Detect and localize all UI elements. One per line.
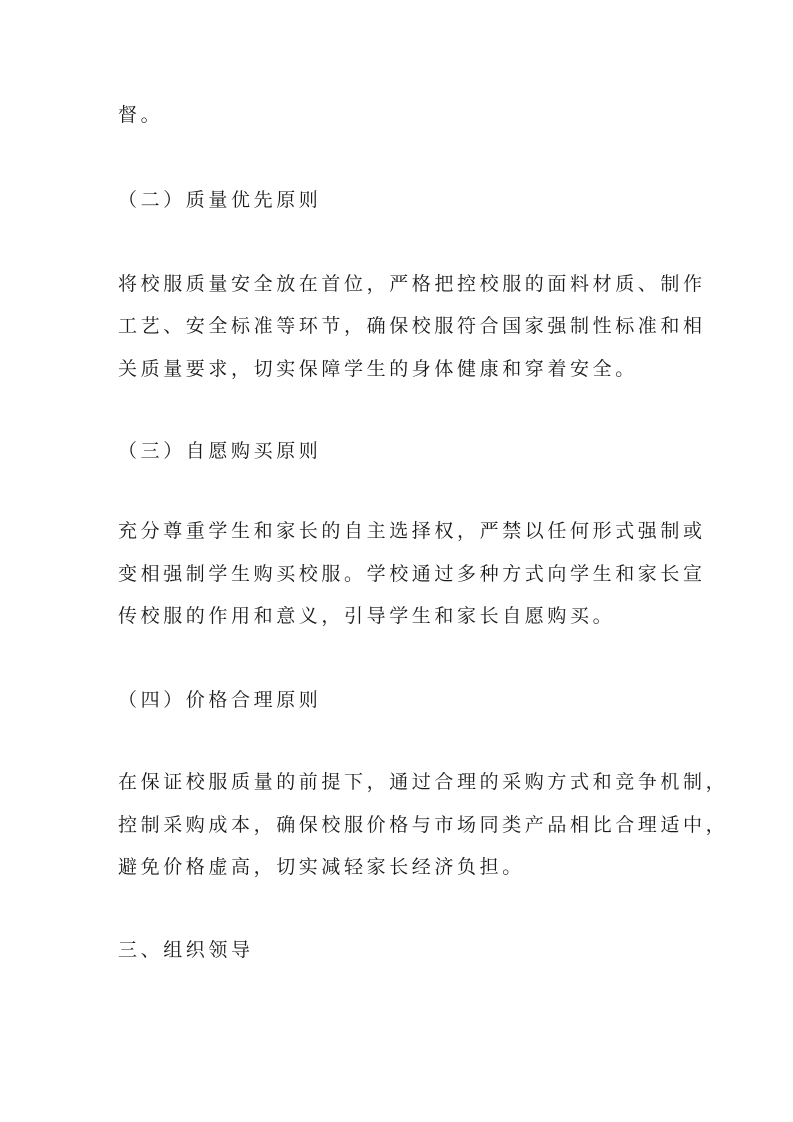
- paragraph-line: 变相强制学生购买校服。学校通过多种方式向学生和家长宣: [118, 562, 706, 586]
- paragraph-line: 关质量要求，切实保障学生的身体健康和穿着安全。: [118, 357, 638, 381]
- paragraph-line: 工艺、安全标准等环节，确保校服符合国家强制性标准和相: [118, 314, 706, 338]
- paragraph-line: 控制采购成本，确保校服价格与市场同类产品相比合理适中，: [118, 813, 728, 837]
- paragraph-line: 将校服质量安全放在首位，严格把控校服的面料材质、制作: [118, 272, 706, 296]
- paragraph-line: 传校服的作用和意义，引导学生和家长自愿购买。: [118, 604, 615, 628]
- section-heading-voluntary-purchase: （三）自愿购买原则: [118, 439, 321, 463]
- section-heading-organization-leadership: 三、组织领导: [118, 938, 254, 962]
- paragraph-end-text: 督。: [118, 103, 163, 127]
- paragraph-line: 在保证校服质量的前提下，通过合理的采购方式和竞争机制，: [118, 770, 728, 794]
- section-heading-reasonable-price: （四）价格合理原则: [118, 688, 321, 712]
- paragraph-line: 充分尊重学生和家长的自主选择权，严禁以任何形式强制或: [118, 519, 706, 543]
- section-heading-quality-first: （二）质量优先原则: [118, 188, 321, 212]
- paragraph-line: 避免价格虚高，切实减轻家长经济负担。: [118, 855, 525, 879]
